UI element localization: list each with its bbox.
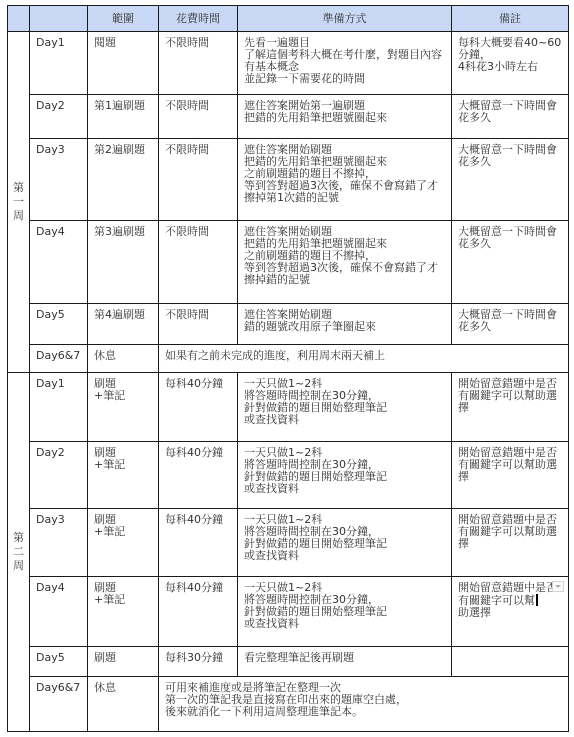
week-label: 第二周 <box>13 531 25 573</box>
note-text: 開始留意錯題中是否有關鍵字可以幫 <box>458 581 557 607</box>
header-row: 範圍 花費時間 準備方式 備註 <box>8 6 569 32</box>
day-cell[interactable]: Day3 <box>30 509 88 577</box>
time-cell[interactable]: 每科30分鐘 <box>159 647 238 677</box>
note-cell[interactable]: 開始留意錯題中是否有關鍵字可以幫助選擇 <box>452 509 569 577</box>
day-cell[interactable]: Day2 <box>30 95 88 139</box>
time-cell[interactable]: 不限時間 <box>159 139 238 221</box>
method-cell[interactable]: 一天只做1~2科 將答題時間控制在30分鐘， 針對做錯的題目開始整理筆記 或查找… <box>238 509 452 577</box>
note-cell[interactable]: 大概留意一下時間會花多久 <box>452 221 569 304</box>
scope-cell[interactable]: 刷題 +筆記 <box>88 442 159 509</box>
scope-cell[interactable]: 刷題 <box>88 647 159 677</box>
method-cell[interactable]: 遮住答案開始刷題 錯的題號改用原子筆圈起來 <box>238 304 452 345</box>
header-time[interactable]: 花費時間 <box>159 6 238 32</box>
table-row: Day5 刷題 每科30分鐘 看完整理筆記後再刷題 <box>8 647 569 677</box>
method-cell[interactable]: 遮住答案開始刷題 把錯的先用鉛筆把題號圈起來 之前刷題錯的題目不擦掉， 等到答對… <box>238 139 452 221</box>
method-cell[interactable]: 看完整理筆記後再刷題 <box>238 647 452 677</box>
note-cell[interactable]: 大概留意一下時間會花多久 <box>452 95 569 139</box>
header-note[interactable]: 備註 <box>452 6 569 32</box>
header-method[interactable]: 準備方式 <box>238 6 452 32</box>
header-scope[interactable]: 範圍 <box>88 6 159 32</box>
scope-cell[interactable]: 刷題 +筆記 <box>88 509 159 577</box>
day-cell[interactable]: Day2 <box>30 442 88 509</box>
time-cell[interactable]: 不限時間 <box>159 304 238 345</box>
scope-cell[interactable]: 第1遍刷題 <box>88 95 159 139</box>
scope-cell[interactable]: 休息 <box>88 345 159 373</box>
day-cell[interactable]: Day4 <box>30 221 88 304</box>
note-cell[interactable]: 開始留意錯題中是否有關鍵字可以幫助選擇 <box>452 442 569 509</box>
time-cell[interactable]: 不限時間 <box>159 95 238 139</box>
time-cell[interactable]: 每科40分鐘 <box>159 577 238 647</box>
scope-cell[interactable]: 第4遍刷題 <box>88 304 159 345</box>
day-cell[interactable]: Day5 <box>30 304 88 345</box>
table-row: Day3 第2遍刷題 不限時間 遮住答案開始刷題 把錯的先用鉛筆把題號圈起來 之… <box>8 139 569 221</box>
week-cell[interactable]: 第二周 <box>8 373 30 732</box>
day-cell[interactable]: Day1 <box>30 373 88 442</box>
method-cell[interactable]: 一天只做1~2科 將答題時間控制在30分鐘， 針對做錯的題目開始整理筆記 或查找… <box>238 577 452 647</box>
table-row: 第二周 Day1 刷題 +筆記 每科40分鐘 一天只做1~2科 將答題時間控制在… <box>8 373 569 442</box>
scope-cell[interactable]: 休息 <box>88 677 159 732</box>
table-row: Day4 第3遍刷題 不限時間 遮住答案開始刷題 把錯的先用鉛筆把題號圈起來 之… <box>8 221 569 304</box>
table-row: Day3 刷題 +筆記 每科40分鐘 一天只做1~2科 將答題時間控制在30分鐘… <box>8 509 569 577</box>
table-row: Day4 刷題 +筆記 每科40分鐘 一天只做1~2科 將答題時間控制在30分鐘… <box>8 577 569 647</box>
method-cell[interactable]: 遮住答案開始刷題 把錯的先用鉛筆把題號圈起來 之前刷題錯的題目不擦掉， 等到答對… <box>238 221 452 304</box>
table-row: Day2 第1遍刷題 不限時間 遮住答案開始第一遍刷題 把錯的先用鉛筆把題號圈起… <box>8 95 569 139</box>
text-cursor <box>536 594 538 606</box>
note-cell[interactable]: 大概留意一下時間會花多久 <box>452 139 569 221</box>
day-cell[interactable]: Day3 <box>30 139 88 221</box>
study-plan-table: 範圍 花費時間 準備方式 備註 第一周 Day1 閱題 不限時間 先看一遍題目 … <box>7 5 569 732</box>
method-cell[interactable]: 遮住答案開始第一遍刷題 把錯的先用鉛筆把題號圈起來 <box>238 95 452 139</box>
day-cell[interactable]: Day4 <box>30 577 88 647</box>
merged-cell[interactable]: 可用來補進度或是將筆記在整理一次 第一次的筆記我是直接寫在印出來的題庫空白處， … <box>159 677 569 732</box>
scope-cell[interactable]: 第2遍刷題 <box>88 139 159 221</box>
header-day[interactable] <box>30 6 88 32</box>
note-cell[interactable]: 開始留意錯題中是否有關鍵字可以幫助選擇 <box>452 373 569 442</box>
scope-cell[interactable]: 刷題 +筆記 <box>88 373 159 442</box>
note-cell[interactable]: 大概留意一下時間會花多久 <box>452 304 569 345</box>
note-cell[interactable] <box>452 647 569 677</box>
table-row: Day2 刷題 +筆記 每科40分鐘 一天只做1~2科 將答題時間控制在30分鐘… <box>8 442 569 509</box>
scope-cell[interactable]: 第3遍刷題 <box>88 221 159 304</box>
note-text: 助選擇 <box>458 606 491 619</box>
method-cell[interactable]: 先看一遍題目 了解這個考科大概在考什麼，對題目內容有基本概念 並記錄一下需要花的… <box>238 32 452 95</box>
scope-cell[interactable]: 刷題 +筆記 <box>88 577 159 647</box>
day-cell[interactable]: Day1 <box>30 32 88 95</box>
time-cell[interactable]: 每科40分鐘 <box>159 373 238 442</box>
table-row: Day5 第4遍刷題 不限時間 遮住答案開始刷題 錯的題號改用原子筆圈起來 大概… <box>8 304 569 345</box>
table-row: 第一周 Day1 閱題 不限時間 先看一遍題目 了解這個考科大概在考什麼，對題目… <box>8 32 569 95</box>
table-row: Day6&7 休息 可用來補進度或是將筆記在整理一次 第一次的筆記我是直接寫在印… <box>8 677 569 732</box>
method-cell[interactable]: 一天只做1~2科 將答題時間控制在30分鐘， 針對做錯的題目開始整理筆記 或查找… <box>238 373 452 442</box>
week-cell[interactable]: 第一周 <box>8 32 30 373</box>
note-cell-editing[interactable]: 開始留意錯題中是否有關鍵字可以幫 助選擇 <box>452 577 569 647</box>
day-cell[interactable]: Day6&7 <box>30 345 88 373</box>
cell-dropdown-icon[interactable] <box>552 581 564 592</box>
time-cell[interactable]: 不限時間 <box>159 221 238 304</box>
merged-cell[interactable]: 如果有之前未完成的進度，利用周末兩天補上 <box>159 345 569 373</box>
day-cell[interactable]: Day5 <box>30 647 88 677</box>
time-cell[interactable]: 每科40分鐘 <box>159 442 238 509</box>
method-cell[interactable]: 一天只做1~2科 將答題時間控制在30分鐘， 針對做錯的題目開始整理筆記 或查找… <box>238 442 452 509</box>
note-cell[interactable]: 每科大概要看40~60分鐘， 4科花3小時左右 <box>452 32 569 95</box>
time-cell[interactable]: 每科40分鐘 <box>159 509 238 577</box>
header-week[interactable] <box>8 6 30 32</box>
scope-cell[interactable]: 閱題 <box>88 32 159 95</box>
day-cell[interactable]: Day6&7 <box>30 677 88 732</box>
table-row: Day6&7 休息 如果有之前未完成的進度，利用周末兩天補上 <box>8 345 569 373</box>
time-cell[interactable]: 不限時間 <box>159 32 238 95</box>
week-label: 第一周 <box>13 181 25 223</box>
